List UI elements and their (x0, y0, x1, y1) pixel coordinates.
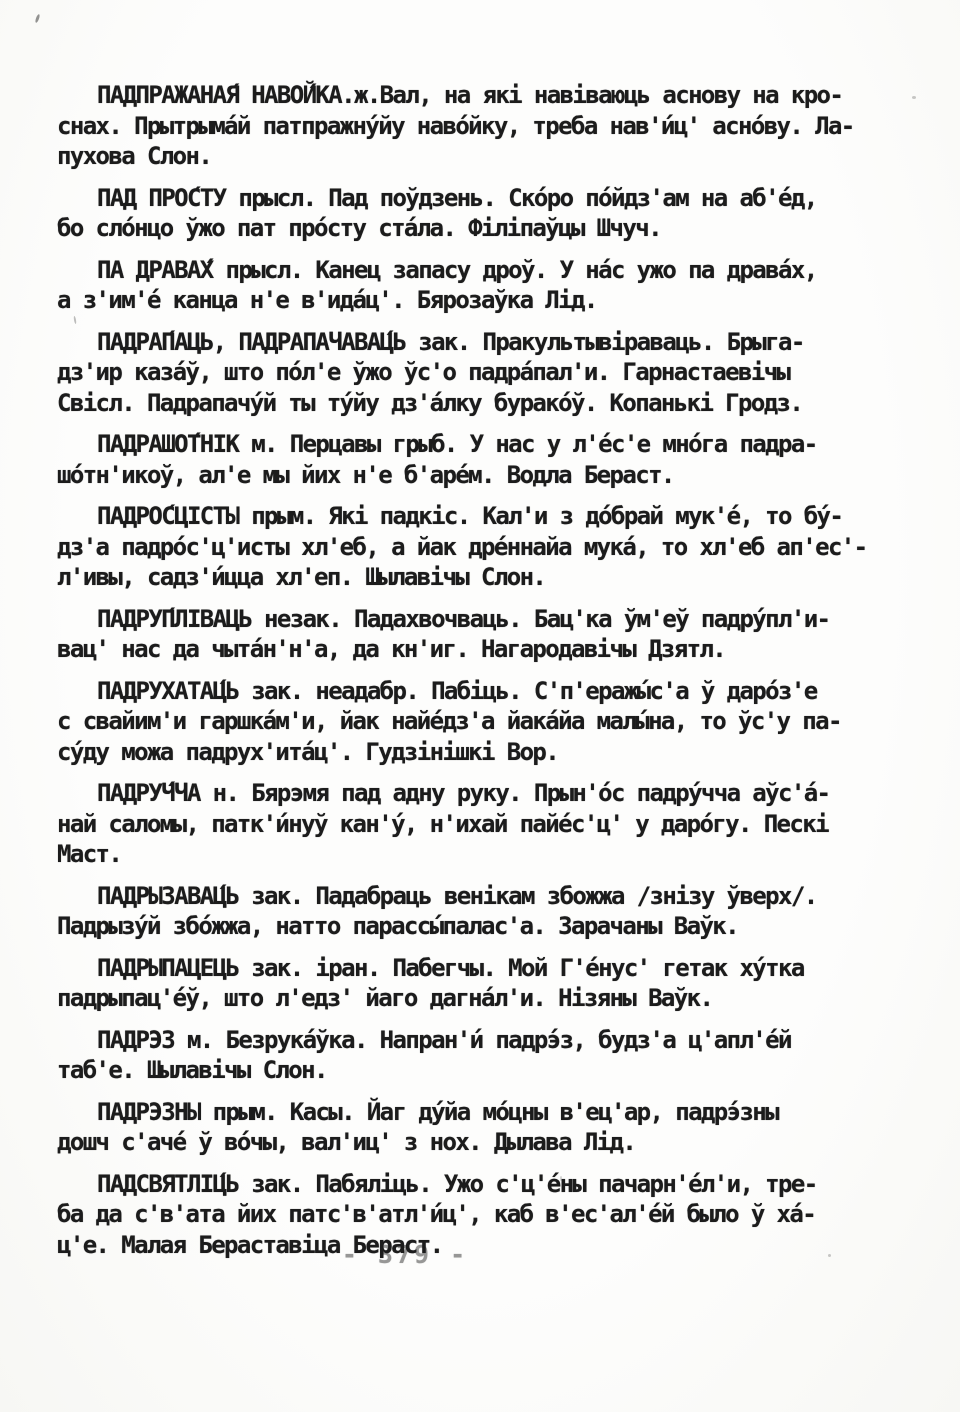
dictionary-entry-pa-dravakh: ПА ДРАВА́Х прысл. Канец запасу дроў. У н… (57, 255, 919, 316)
dictionary-entry-padrostsisty: ПАДРО́СЦІСТЫ прым. Які падкіс. Кал'и з д… (57, 501, 919, 593)
dictionary-entries: ПАДПРАЖАНА́Я НАВО́ЙКА.ж.Вал, на які наві… (57, 80, 919, 1271)
dictionary-entry-padrypatsets: ПАДРЫПАЦЕЦЬ зак. іран. Пабегчы. Мой Г'е́… (57, 953, 919, 1014)
dictionary-entry-padrashotnik: ПАДРАШО́ТНІК м. Перцавы грыб. У нас у л'… (57, 429, 919, 490)
dictionary-entry-padprazhanaya-navoyka: ПАДПРАЖАНА́Я НАВО́ЙКА.ж.Вал, на які наві… (57, 80, 919, 172)
scanned-page: ПАДПРАЖАНА́Я НАВО́ЙКА.ж.Вал, на які наві… (0, 0, 960, 1412)
scan-speck (35, 14, 41, 23)
dictionary-entry-padrezny: ПАДРЭЗНЫ прым. Касы. Йаг ду́йа мо́цны в'… (57, 1097, 919, 1158)
page-number: - 379 - (320, 1240, 490, 1269)
scan-speck (828, 1254, 831, 1257)
dictionary-entry-padrukhatats: ПАДРУХАТА́ЦЬ зак. неадабр. Пабіць. С'п'е… (57, 676, 919, 768)
dictionary-entry-padruchcha: ПАДРУ́ЧЧА н. Бярэмя пад адну руку. Прын'… (57, 778, 919, 870)
scan-speck (560, 1176, 562, 1181)
dictionary-entry-padruplivats: ПАДРУ́ПЛІВАЦЬ незак. Падахвочваць. Бац'к… (57, 604, 919, 665)
dictionary-entry-padryzavats: ПАДРЫЗАВА́ЦЬ зак. Падабраць венікам збож… (57, 881, 919, 942)
dictionary-entry-padrez: ПАДРЭЗ м. Безрука́ўка. Напран'и́ падрэ́з… (57, 1025, 919, 1086)
dictionary-entry-pad-prostu: ПАД ПРО́СТУ прысл. Пад поўдзень. Ско́ро … (57, 183, 919, 244)
scan-speck (912, 96, 916, 99)
dictionary-entry-padrapats: ПАДРА́ПАЦЬ, ПАДРАПАЧАВА́ЦЬ зак. Пракульт… (57, 327, 919, 419)
